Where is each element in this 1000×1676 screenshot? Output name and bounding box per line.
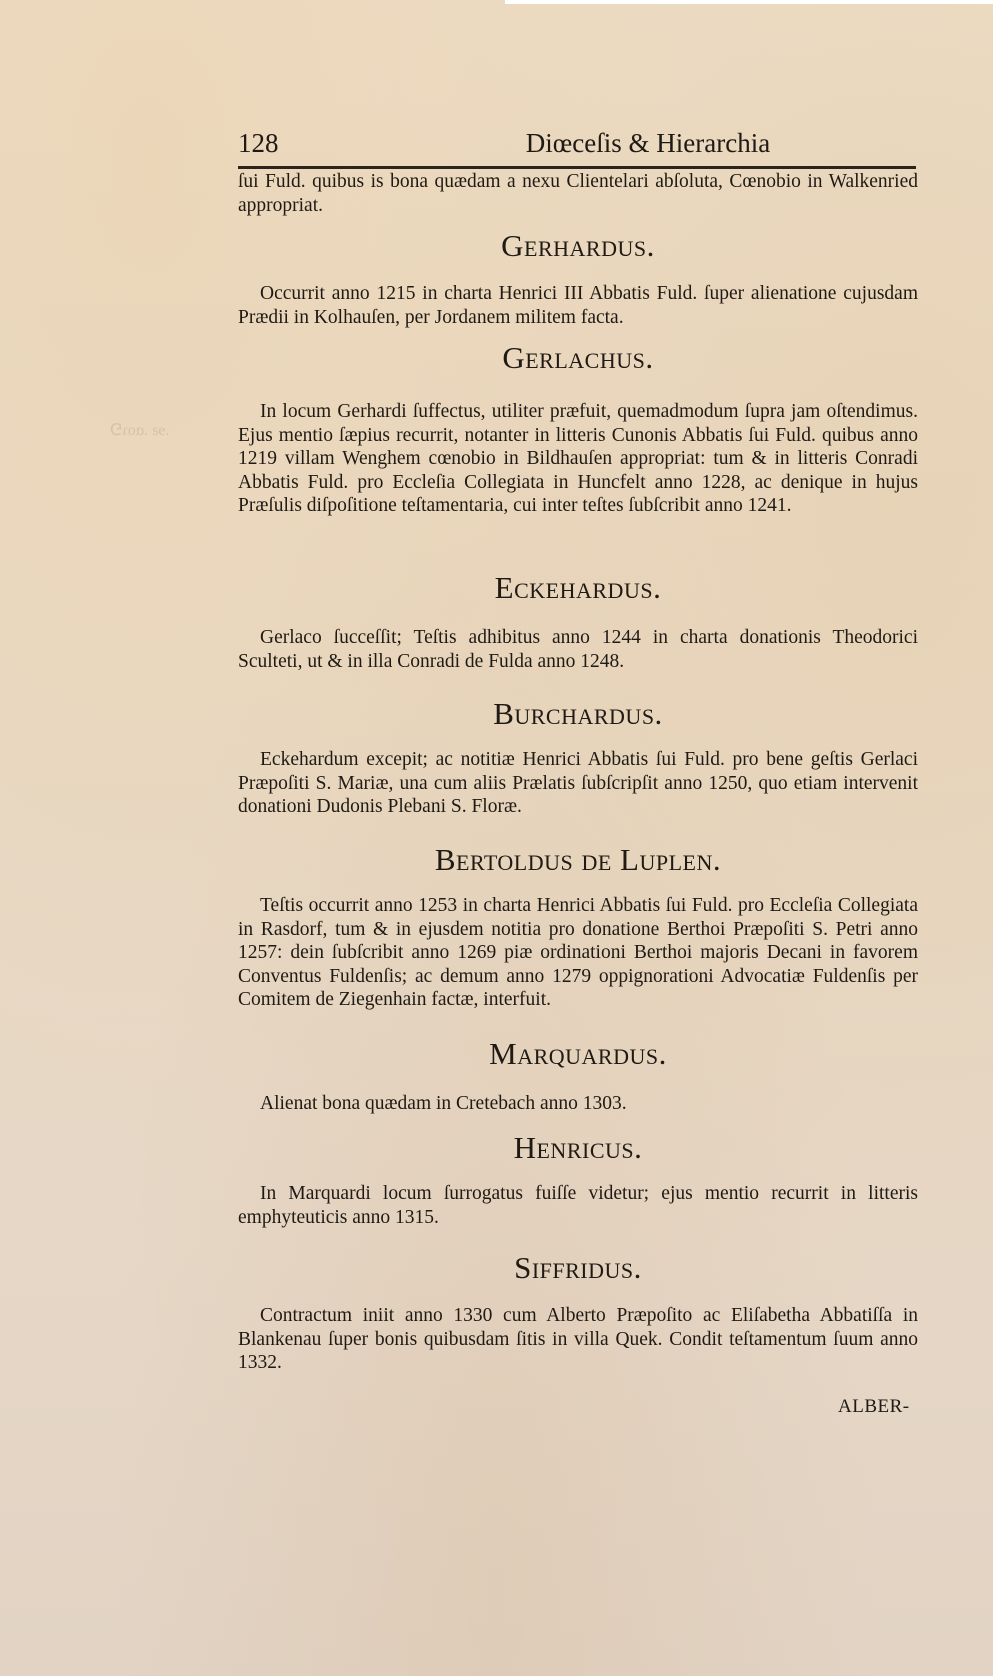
section-heading-bertoldus: Bertoldus de Luplen. <box>238 842 918 878</box>
section-heading-gerlachus: Gerlachus. <box>238 340 918 376</box>
section-body-siffridus: Contractum iniit anno 1330 cum Alberto P… <box>238 1304 918 1375</box>
page-number: 128 <box>238 128 279 159</box>
section-body-bertoldus: Teſtis occurrit anno 1253 in charta Henr… <box>238 894 918 1012</box>
paragraph: Contractum iniit anno 1330 cum Alberto P… <box>238 1304 918 1375</box>
section-body-henricus: In Marquardi locum ſurrogatus fuiſſe vid… <box>238 1182 918 1229</box>
section-body-burchardus: Eckehardum excepit; ac notitiæ Henrici A… <box>238 748 918 819</box>
section-body-gerlachus: In locum Gerhardi ſuffectus, utiliter pr… <box>238 400 918 518</box>
section-heading-gerhardus: Gerhardus. <box>238 228 918 264</box>
section-heading-eckehardus: Eckehardus. <box>238 570 918 606</box>
scan-edge-top <box>505 0 1000 4</box>
section-heading-henricus: Henricus. <box>238 1130 918 1166</box>
section-heading-siffridus: Siffridus. <box>238 1250 918 1286</box>
paragraph: Eckehardum excepit; ac notitiæ Henrici A… <box>238 748 918 819</box>
section-body-gerhardus: Occurrit anno 1215 in charta Henrici III… <box>238 282 918 329</box>
header-rule <box>238 166 916 169</box>
scan-edge-right <box>993 0 1000 1676</box>
paragraph: Alienat bona quædam in Cretebach anno 13… <box>238 1092 918 1116</box>
paragraph: Occurrit anno 1215 in charta Henrici III… <box>238 282 918 329</box>
book-page: .ɘƨ .ɑoɿ⅁ 128 Diœceſis & Hierarchia ſui … <box>0 0 993 1676</box>
section-heading-marquardus: Marquardus. <box>238 1036 918 1072</box>
catchword: ALBER- <box>838 1396 910 1418</box>
paragraph: In locum Gerhardi ſuffectus, utiliter pr… <box>238 400 918 518</box>
section-body-eckehardus: Gerlaco ſucceſſit; Teſtis adhibitus anno… <box>238 626 918 673</box>
paragraph: Teſtis occurrit anno 1253 in charta Henr… <box>238 894 918 1012</box>
paragraph: ſui Fuld. quibus is bona quædam a nexu C… <box>238 170 918 217</box>
running-title: Diœceſis & Hierarchia <box>378 128 918 159</box>
section-heading-burchardus: Burchardus. <box>238 696 918 732</box>
paragraph: Gerlaco ſucceſſit; Teſtis adhibitus anno… <box>238 626 918 673</box>
running-head: 128 Diœceſis & Hierarchia <box>238 128 918 162</box>
show-through-decoration: .ɘƨ .ɑoɿ⅁ <box>110 420 169 440</box>
section-body-marquardus: Alienat bona quædam in Cretebach anno 13… <box>238 1092 918 1116</box>
continuation-text: ſui Fuld. quibus is bona quædam a nexu C… <box>238 170 918 217</box>
paragraph: In Marquardi locum ſurrogatus fuiſſe vid… <box>238 1182 918 1229</box>
